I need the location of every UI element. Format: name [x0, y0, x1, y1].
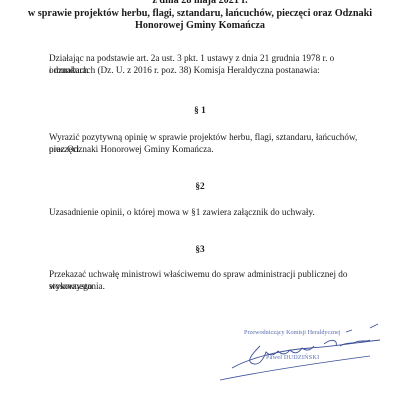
- document-page: z dnia 28 maja 2021 r. w sprawie projekt…: [0, 0, 400, 400]
- section-3-line-2: wykorzystania.: [49, 281, 369, 293]
- resolution-subject-line-1: w sprawie projektów herbu, flagi, sztand…: [0, 8, 400, 20]
- resolution-date: z dnia 28 maja 2021 r.: [0, 0, 400, 7]
- section-1-heading: § 1: [0, 106, 400, 116]
- preamble-line-2: i mundurach (Dz. U. z 2016 r. poz. 38) K…: [49, 65, 369, 77]
- handwritten-signature-icon: [220, 318, 390, 398]
- section-2-line-1: Uzasadnienie opinii, o której mowa w §1 …: [49, 207, 369, 219]
- section-3-heading: §3: [0, 245, 400, 255]
- section-1-line-2: oraz Odznaki Honorowej Gminy Komańcza.: [49, 144, 369, 156]
- section-2-heading: §2: [0, 182, 400, 192]
- resolution-subject-line-2: Honorowej Gminy Komańcza: [0, 20, 400, 32]
